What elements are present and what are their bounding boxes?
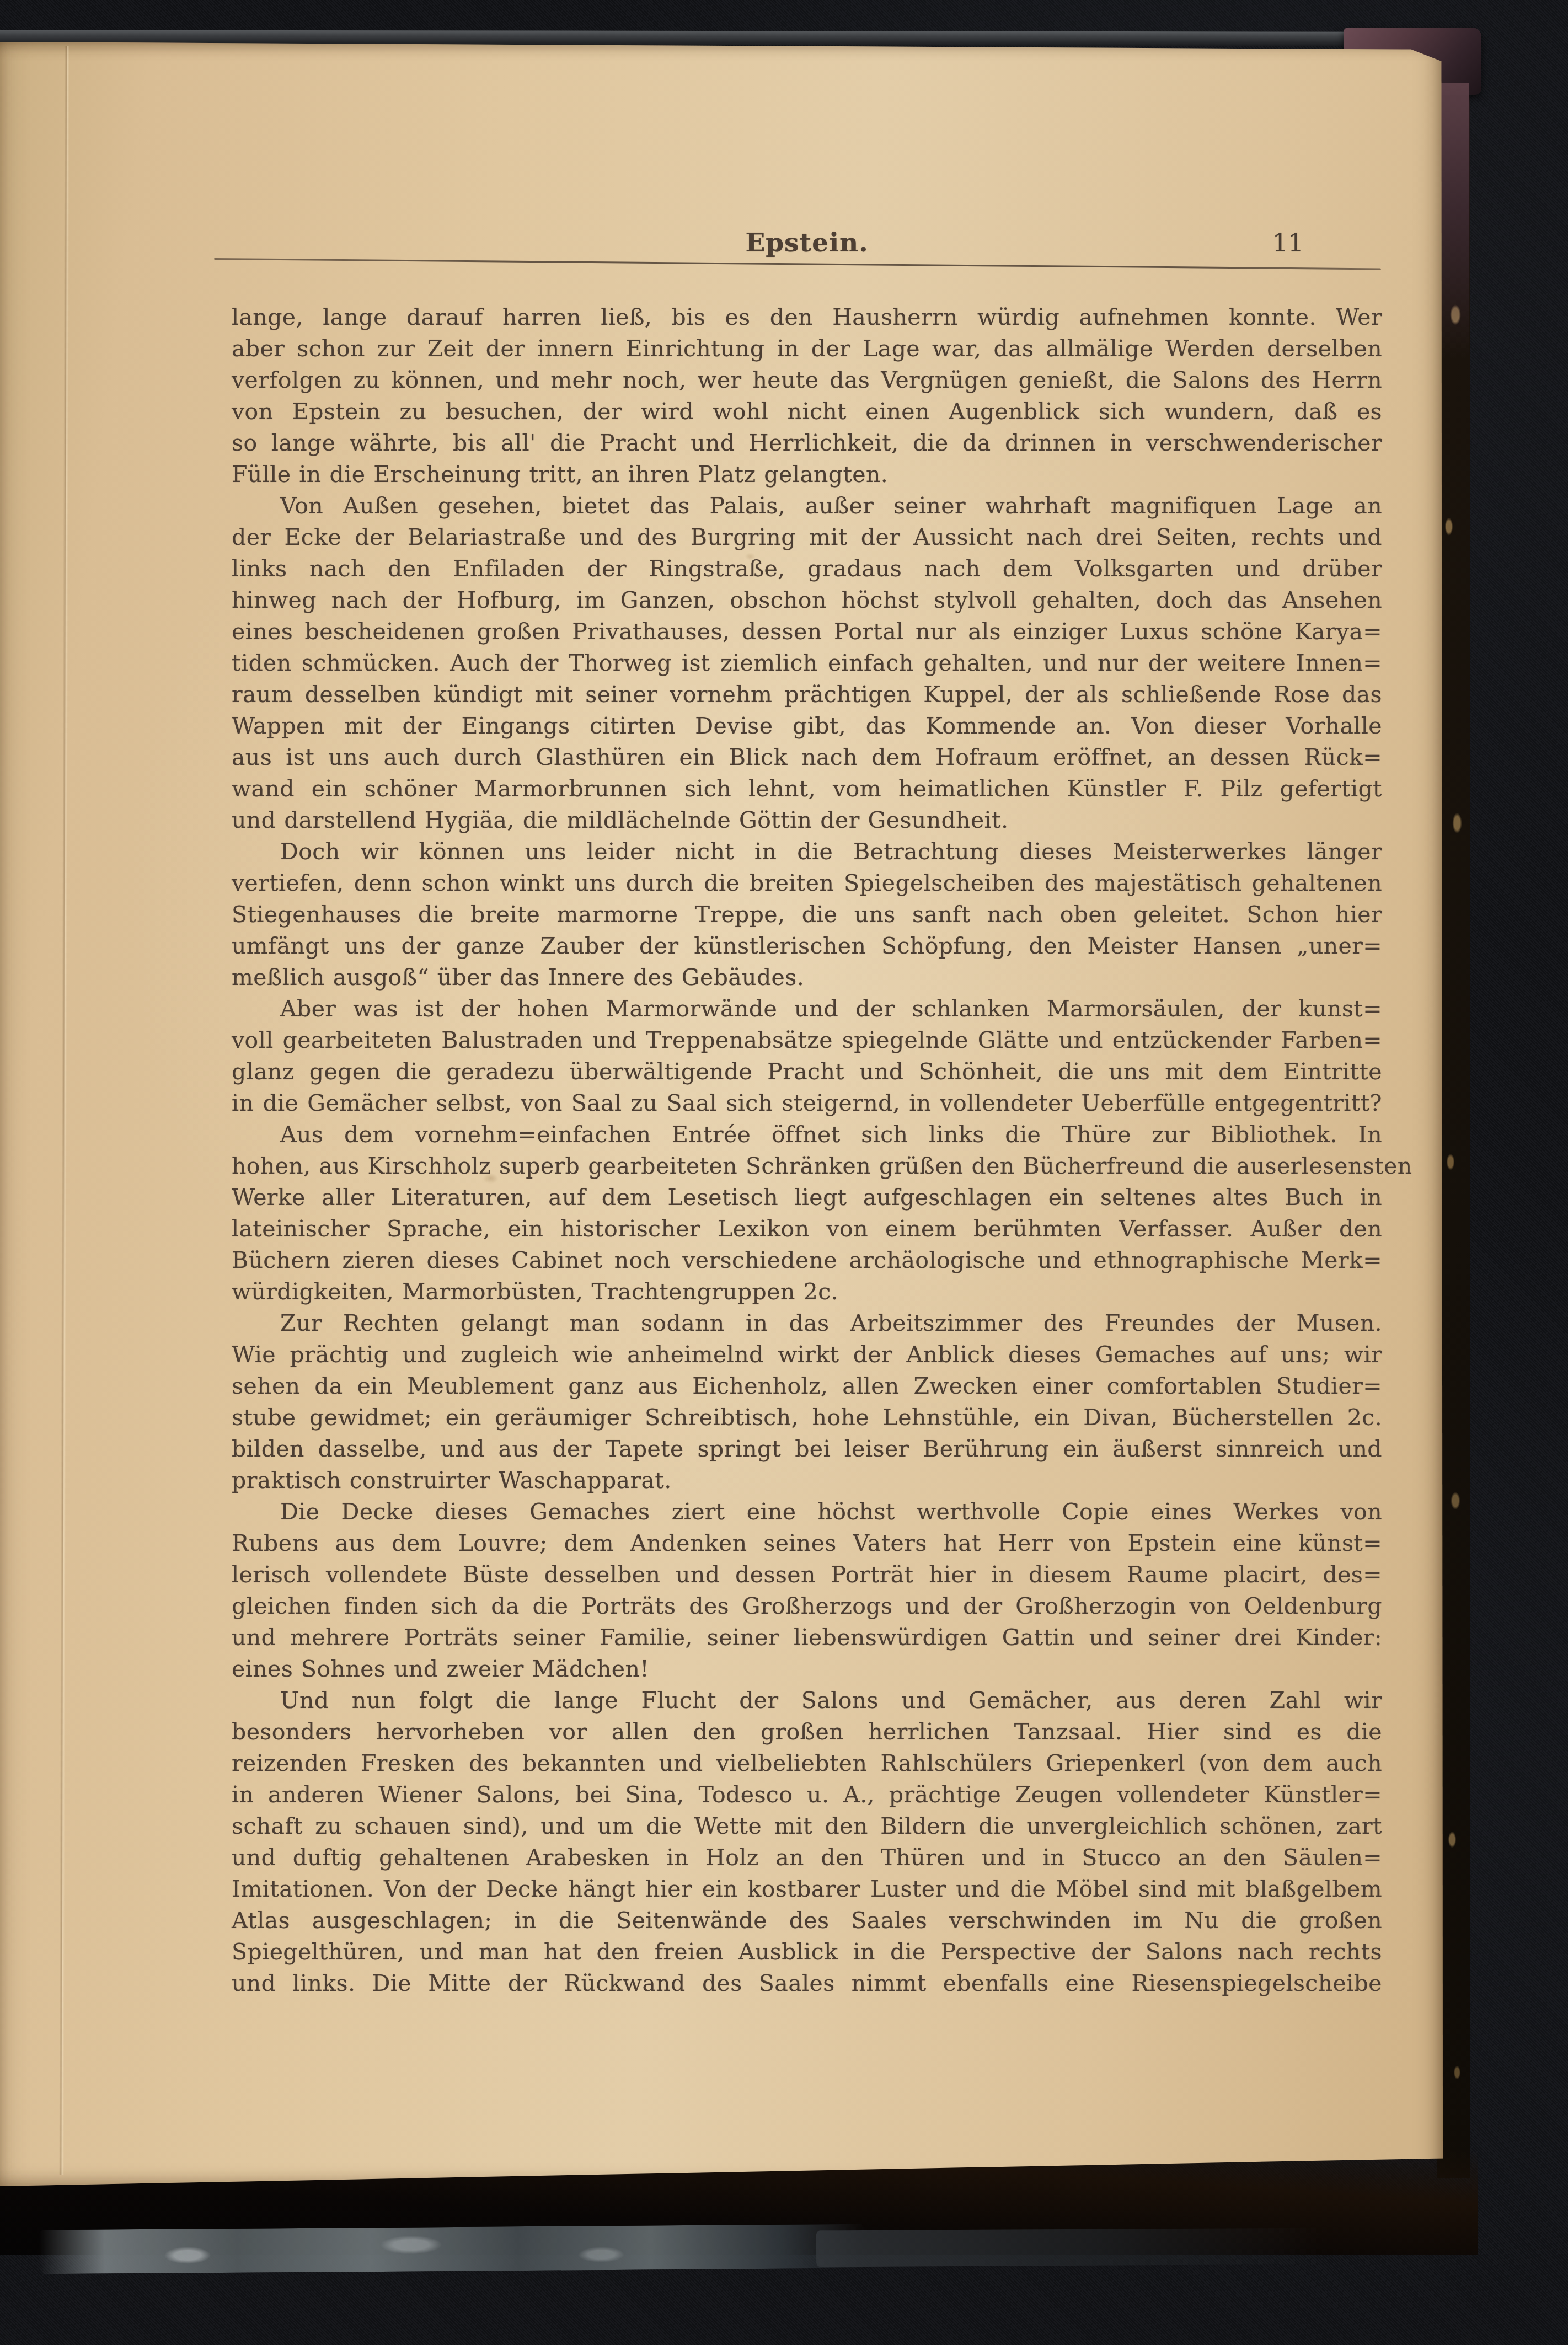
text-line: Aus dem vornehm=einfachen Entrée öffnet … [232,1119,1382,1150]
text-line: Doch wir können uns leider nicht in die … [232,836,1382,868]
text-line: vertiefen, denn schon winkt uns durch di… [232,868,1382,899]
text-line: links nach den Enfiladen der Ringstraße,… [232,553,1382,585]
text-line: sehen da ein Meublement ganz aus Eichenh… [232,1370,1382,1402]
text-line: hinweg nach der Hofburg, im Ganzen, obsc… [232,585,1382,616]
text-line: lateinischer Sprache, ein historischer L… [232,1213,1382,1245]
paragraph: lange, lange darauf harren ließ, bis es … [232,302,1382,490]
text-line: würdigkeiten, Marmorbüsten, Trachtengrup… [232,1276,1382,1308]
text-line: Werke aller Literaturen, auf dem Lesetis… [232,1182,1382,1213]
text-line: Die Decke dieses Gemaches ziert eine höc… [232,1496,1382,1528]
text-line: meßlich ausgoß“ über das Innere des Gebä… [232,962,1382,993]
text-line: und darstellend Hygiäa, die mildlächelnd… [232,805,1382,836]
text-line: raum desselben kündigt mit seiner vorneh… [232,679,1382,710]
text-line: und links. Die Mitte der Rückwand des Sa… [232,1968,1382,1999]
text-line: gleichen finden sich da die Porträts des… [232,1591,1382,1622]
text-line: Fülle in die Erscheinung tritt, an ihren… [232,459,1382,490]
text-line: eines bescheidenen großen Privathauses, … [232,616,1382,647]
text-line: eines Sohnes und zweier Mädchen! [232,1653,1382,1685]
text-line: praktisch construirter Waschapparat. [232,1465,1382,1496]
text-line: umfängt uns der ganze Zauber der künstle… [232,930,1382,962]
text-line: stube gewidmet; ein geräumiger Schreibti… [232,1402,1382,1433]
cover-corner-leather-tail [1438,83,1469,358]
text-line: Aber was ist der hohen Marmorwände und d… [232,993,1382,1025]
text-line: in die Gemächer selbst, von Saal zu Saal… [232,1088,1382,1119]
text-line: Atlas ausgeschlagen; in die Seitenwände … [232,1905,1382,1936]
text-line: lange, lange darauf harren ließ, bis es … [232,302,1382,333]
text-line: hohen, aus Kirschholz superb gearbeitete… [232,1150,1382,1182]
text-line: aber schon zur Zeit der innern Einrichtu… [232,333,1382,365]
text-line: schaft zu schauen sind), und um die Wett… [232,1811,1382,1842]
text-line: aus ist uns auch durch Glasthüren ein Bl… [232,742,1382,773]
text-line: so lange währte, bis all' die Pracht und… [232,427,1382,459]
text-line: Zur Rechten gelangt man sodann in das Ar… [232,1308,1382,1339]
paragraph: Die Decke dieses Gemaches ziert eine höc… [232,1496,1382,1685]
text-line: und mehrere Porträts seiner Familie, sei… [232,1622,1382,1653]
text-line: Stiegenhauses die breite marmorne Treppe… [232,899,1382,930]
page-number: 11 [1272,226,1304,260]
text-line: Büchern zieren dieses Cabinet noch versc… [232,1245,1382,1276]
text-line: Und nun folgt die lange Flucht der Salon… [232,1685,1382,1716]
text-line: in anderen Wiener Salons, bei Sina, Tode… [232,1779,1382,1811]
text-line: und duftig gehaltenen Arabesken in Holz … [232,1842,1382,1873]
book-bottom-edge [39,2224,866,2274]
text-line: tiden schmücken. Auch der Thorweg ist zi… [232,647,1382,679]
text-line: bilden dasselbe, und aus der Tapete spri… [232,1433,1382,1465]
text-line: lerisch vollendete Büste desselben und d… [232,1559,1382,1591]
text-line: voll gearbeiteten Balustraden und Treppe… [232,1025,1382,1056]
text-line: glanz gegen die geradezu überwältigende … [232,1056,1382,1088]
text-line: der Ecke der Belariastraße und des Burgr… [232,522,1382,553]
book-bottom-edge-dark [816,2228,1324,2267]
text-line: besonders hervorheben vor allen den groß… [232,1716,1382,1748]
paragraph: Aber was ist der hohen Marmorwände und d… [232,993,1382,1119]
paragraph: Doch wir können uns leider nicht in die … [232,836,1382,993]
page-header-title: Epstein. [232,226,1382,260]
text-line: verfolgen zu können, und mehr noch, wer … [232,365,1382,396]
text-line: Imitationen. Von der Decke hängt hier ei… [232,1873,1382,1905]
text-line: Wappen mit der Eingangs citirten Devise … [232,710,1382,742]
text-line: Von Außen gesehen, bietet das Palais, au… [232,490,1382,522]
text-line: Spiegelthüren, und man hat den freien Au… [232,1936,1382,1968]
text-line: wand ein schöner Marmorbrunnen sich lehn… [232,773,1382,805]
text-line: Rubens aus dem Louvre; dem Andenken sein… [232,1528,1382,1559]
running-head: Epstein. 11 [232,226,1382,260]
paragraph: Aus dem vornehm=einfachen Entrée öffnet … [232,1119,1382,1308]
paragraph: Und nun folgt die lange Flucht der Salon… [232,1685,1382,1999]
text-line: von Epstein zu besuchen, der wird wohl n… [232,396,1382,427]
paragraph: Zur Rechten gelangt man sodann in das Ar… [232,1308,1382,1496]
text-line: Wie prächtig und zugleich wie anheimelnd… [232,1339,1382,1370]
paragraph: Von Außen gesehen, bietet das Palais, au… [232,490,1382,836]
body-text: lange, lange darauf harren ließ, bis es … [232,302,1382,1999]
text-line: reizenden Fresken des bekannten und viel… [232,1748,1382,1779]
